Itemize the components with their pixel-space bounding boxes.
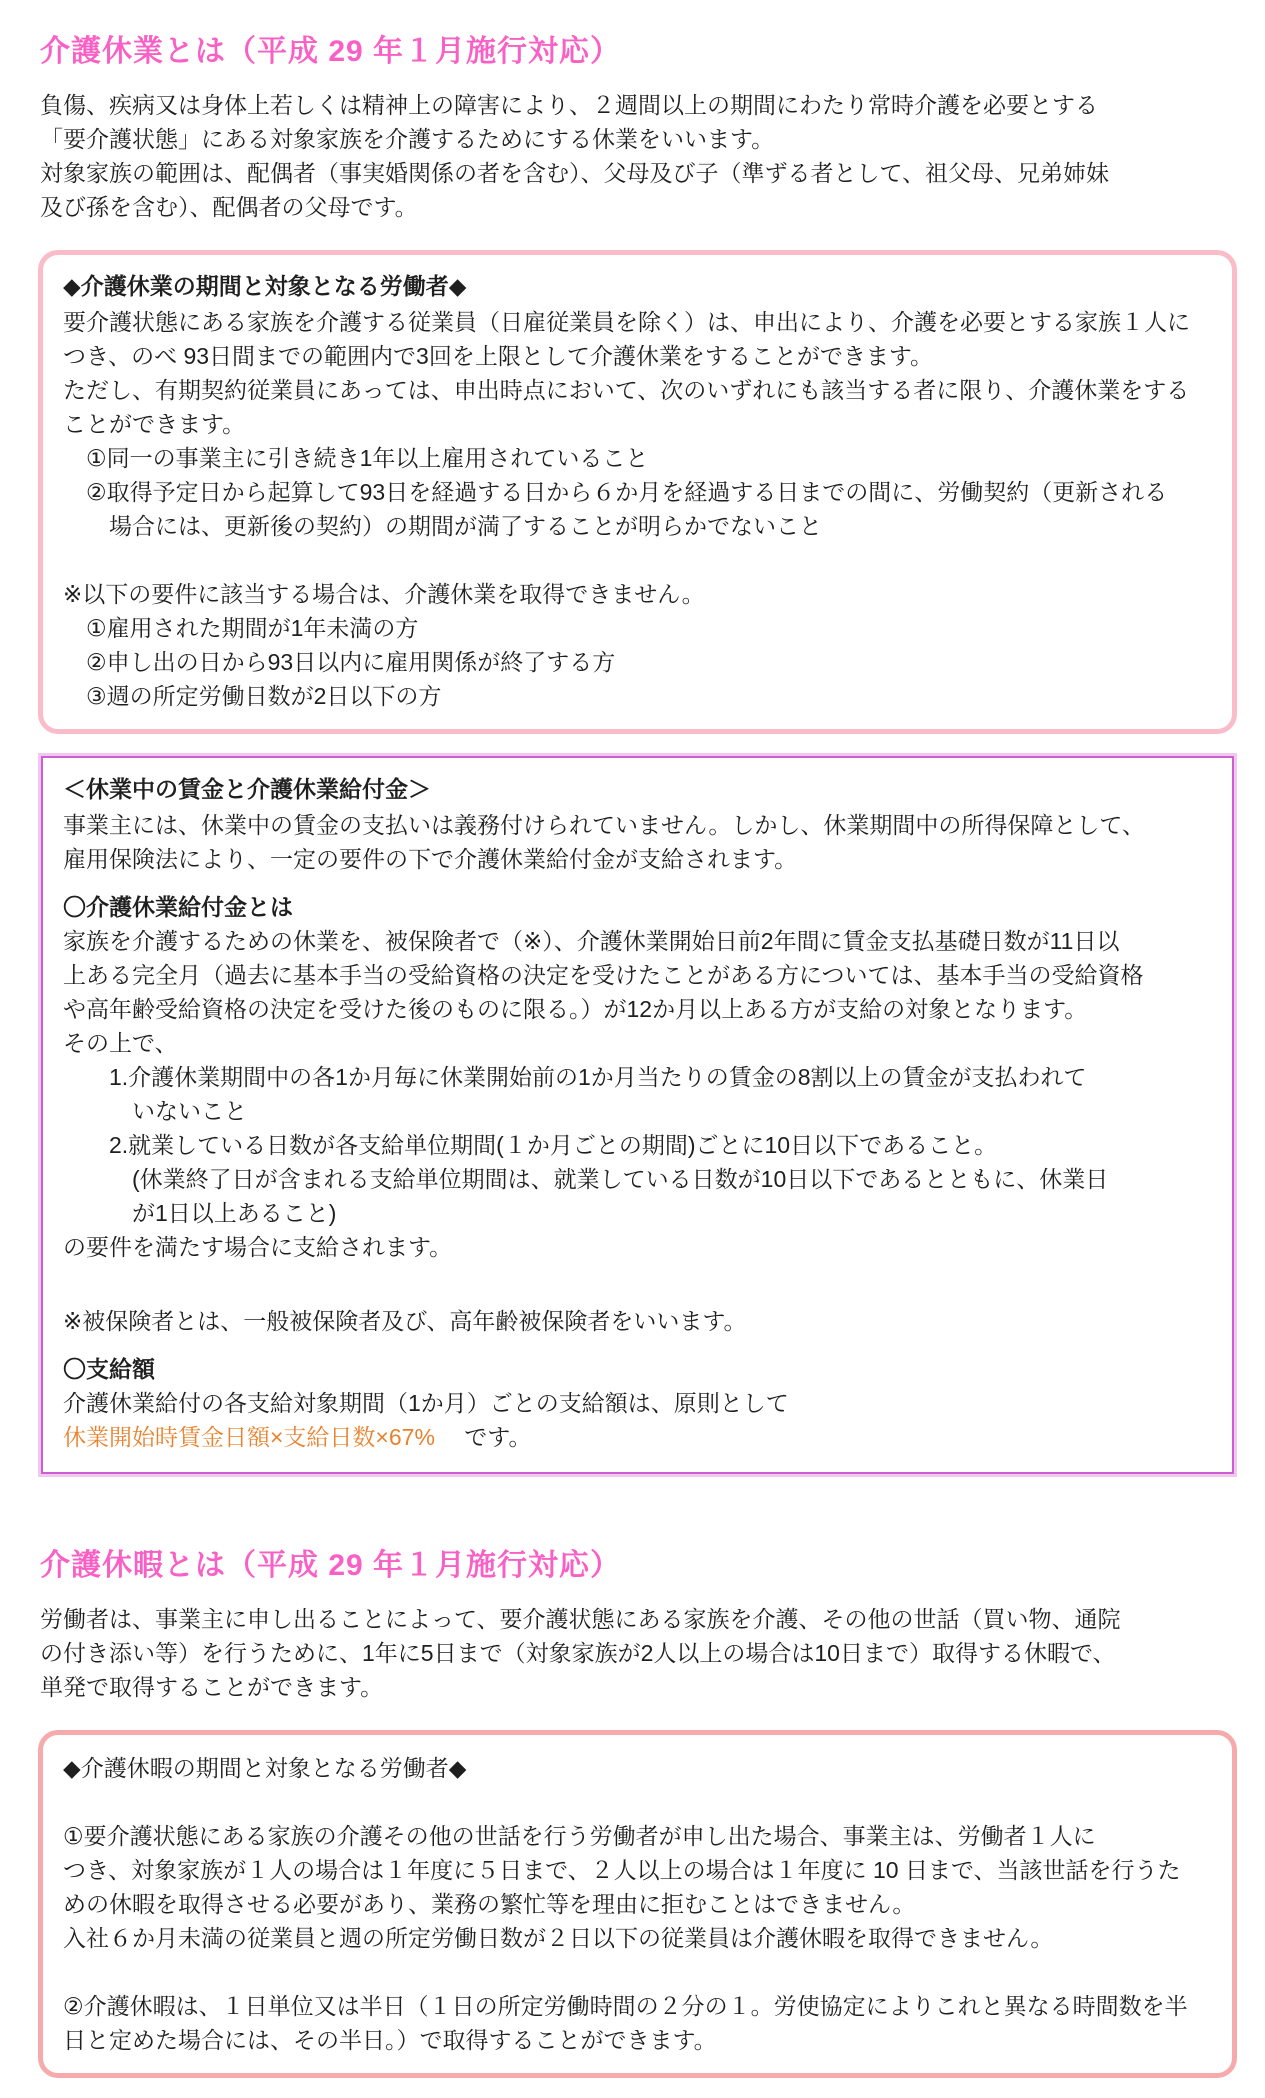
payment-formula: 休業開始時賃金日額×支給日数×67%: [63, 1424, 435, 1450]
care-leave-period-box-header: ◆介護休業の期間と対象となる労働者◆: [63, 269, 1214, 303]
payment-amount-subhead: 〇支給額: [63, 1352, 1214, 1386]
payment-formula-suffix: です。: [435, 1424, 532, 1450]
care-day-off-intro-paragraph: 労働者は、事業主に申し出ることによって、要介護状態にある家族を介護、その他の世話…: [40, 1602, 1237, 1704]
payment-amount-body: 介護休業給付の各支給対象期間（1か月）ごとの支給額は、原則として: [63, 1386, 1214, 1420]
care-day-off-title: 介護休暇とは（平成 29 年１月施行対応）: [40, 1540, 1237, 1584]
care-leave-title: 介護休業とは（平成 29 年１月施行対応）: [40, 26, 1237, 70]
wage-and-benefit-box: ＜休業中の賃金と介護休業給付金＞ 事業主には、休業中の賃金の支払いは義務付けられ…: [41, 756, 1234, 1474]
wage-box-intro: 事業主には、休業中の賃金の支払いは義務付けられていません。しかし、休業期間中の所…: [63, 808, 1214, 876]
care-day-off-item-2: ②介護休暇は、１日単位又は半日（１日の所定労働時間の２分の１。労使協定によりこれ…: [63, 1989, 1214, 2057]
insured-definition-note: ※被保険者とは、一般被保険者及び、高年齢被保険者をいいます。: [63, 1304, 1214, 1338]
care-day-off-period-box-header: ◆介護休暇の期間と対象となる労働者◆: [63, 1751, 1214, 1785]
document-page: 介護休業とは（平成 29 年１月施行対応） 負傷、疾病又は身体上若しくは精神上の…: [0, 0, 1265, 2098]
care-leave-intro-paragraph: 負傷、疾病又は身体上若しくは精神上の障害により、２週間以上の期間にわたり常時介護…: [40, 88, 1237, 224]
blank-line: [63, 1955, 1214, 1989]
care-day-off-item-1: ①要介護状態にある家族の介護その他の世話を行う労働者が申し出た場合、事業主は、労…: [63, 1819, 1214, 1955]
wage-box-header: ＜休業中の賃金と介護休業給付金＞: [63, 772, 1214, 806]
care-leave-period-box: ◆介護休業の期間と対象となる労働者◆ 要介護状態にある家族を介護する従業員（日雇…: [38, 250, 1237, 734]
payment-formula-line: 休業開始時賃金日額×支給日数×67% です。: [63, 1420, 1214, 1454]
blank-line: [63, 1785, 1214, 1819]
benefit-subhead: 〇介護休業給付金とは: [63, 890, 1214, 924]
care-day-off-period-box: ◆介護休暇の期間と対象となる労働者◆ ①要介護状態にある家族の介護その他の世話を…: [38, 1730, 1237, 2078]
care-leave-period-box-body: 要介護状態にある家族を介護する従業員（日雇従業員を除く）は、申出により、介護を必…: [63, 305, 1214, 713]
benefit-body: 家族を介護するための休業を、被保険者で（※）、介護休業開始日前2年間に賃金支払基…: [63, 924, 1214, 1264]
